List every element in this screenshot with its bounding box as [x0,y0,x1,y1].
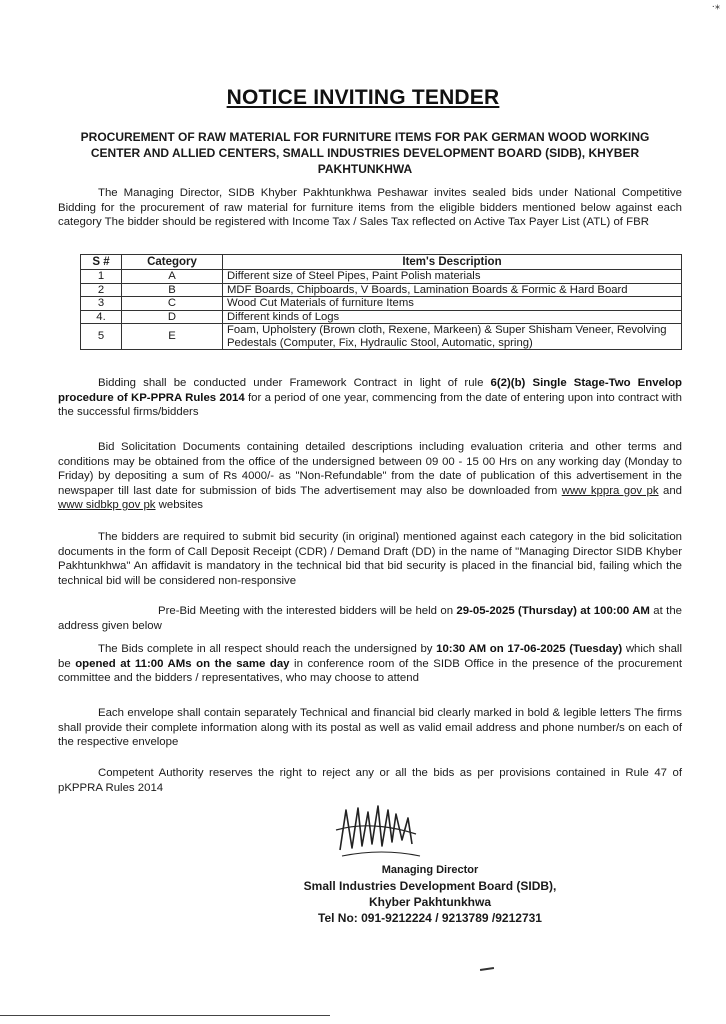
intro-paragraph: The Managing Director, SIDB Khyber Pakht… [58,186,682,230]
row-category: A [122,270,223,284]
row-description: Different kinds of Logs [223,310,682,324]
items-table: S # Category Item's Description 1 A Diff… [80,254,682,350]
row-description: MDF Boards, Chipboards, V Boards, Lamina… [223,283,682,297]
kppra-link[interactable]: www kppra gov pk [562,485,659,497]
header-sn: S # [81,255,122,270]
intro-text: The Managing Director, SIDB Khyber Pakht… [58,187,682,228]
header-description: Item's Description [223,255,682,270]
row-sn: 5 [81,324,122,350]
page-subtitle: PROCUREMENT OF RAW MATERIAL FOR FURNITUR… [80,129,650,177]
authority-text: Competent Authority reserves the right t… [58,767,682,794]
submission-paragraph: The Bids complete in all respect should … [58,642,682,686]
scan-mark [480,967,494,971]
sidbkp-link[interactable]: www sidbkp gov pk [58,499,156,511]
row-category: E [122,324,223,350]
table-row: 2 B MDF Boards, Chipboards, V Boards, La… [81,283,682,297]
bidding-text-pre: Bidding shall be conducted under Framewo… [98,377,491,389]
tender-notice-page: ·⁎ NOTICE INVITING TENDER PROCUREMENT OF… [0,0,726,1024]
signatory-tel: Tel No: 091-9212224 / 9213789 /9212731 [280,910,580,926]
row-sn: 1 [81,270,122,284]
row-sn: 3 [81,297,122,311]
signatory-org-line1: Small Industries Development Board (SIDB… [280,878,580,894]
table-row: 3 C Wood Cut Materials of furniture Item… [81,297,682,311]
prebid-date-bold: 29-05-2025 (Thursday) at 100:00 AM [456,605,650,617]
authority-paragraph: Competent Authority reserves the right t… [58,766,682,795]
page-title: NOTICE INVITING TENDER [0,86,726,110]
submission-deadline-bold: 10:30 AM on 17-06-2025 (Tuesday) [436,643,622,655]
prebid-text-pre: Pre-Bid Meeting with the interested bidd… [158,605,456,617]
table-header-row: S # Category Item's Description [81,255,682,270]
row-description: Wood Cut Materials of furniture Items [223,297,682,311]
bidding-paragraph: Bidding shall be conducted under Framewo… [58,376,682,420]
corner-scan-mark: ·⁎ [712,2,720,12]
row-sn: 2 [81,283,122,297]
table-row: 1 A Different size of Steel Pipes, Paint… [81,270,682,284]
row-category: D [122,310,223,324]
row-description: Different size of Steel Pipes, Paint Pol… [223,270,682,284]
signatory-block: Managing Director Small Industries Devel… [280,862,580,926]
envelope-paragraph: Each envelope shall contain separately T… [58,706,682,750]
signatory-role: Managing Director [280,862,580,878]
row-category: C [122,297,223,311]
security-text: The bidders are required to submit bid s… [58,531,682,587]
envelope-text: Each envelope shall contain separately T… [58,707,682,748]
row-sn: 4. [81,310,122,324]
signature-icon [332,800,422,860]
solicitation-end: websites [156,499,203,511]
solicitation-mid: and [659,485,682,497]
header-category: Category [122,255,223,270]
signatory-org-line2: Khyber Pakhtunkhwa [280,894,580,910]
row-category: B [122,283,223,297]
prebid-paragraph: Pre-Bid Meeting with the interested bidd… [58,604,682,633]
footer-divider [0,1015,330,1016]
security-paragraph: The bidders are required to submit bid s… [58,530,682,588]
table-row: 4. D Different kinds of Logs [81,310,682,324]
opening-time-bold: opened at 11:00 AMs on the same day [75,658,289,670]
submission-text-pre: The Bids complete in all respect should … [98,643,436,655]
solicitation-paragraph: Bid Solicitation Documents containing de… [58,440,682,513]
row-description: Foam, Upholstery (Brown cloth, Rexene, M… [223,324,682,350]
table-row: 5 E Foam, Upholstery (Brown cloth, Rexen… [81,324,682,350]
